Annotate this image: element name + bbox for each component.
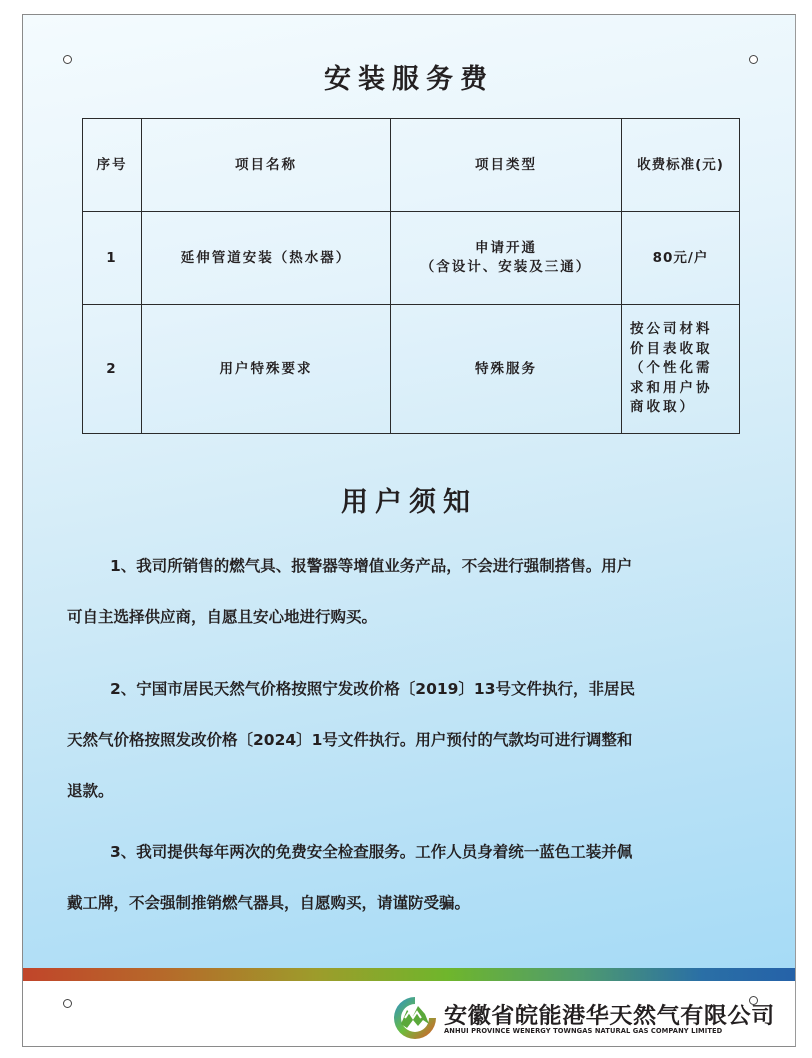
table-row: 1 延伸管道安装（热水器） 申请开通 （含设计、安装及三通） 80元/户 — [83, 212, 740, 305]
table-row: 2 用户特殊要求 特殊服务 按公司材料 价目表收取 （个性化需 求和用户协 商收… — [83, 305, 740, 434]
paragraph-line: 可自主选择供应商，自愿且安心地进行购买。 — [67, 592, 757, 643]
paragraph-line: 2、宁国市居民天然气价格按照宁发改价格〔2019〕13号文件执行，非居民 — [67, 664, 757, 715]
row-name: 用户特殊要求 — [142, 305, 391, 434]
notice-board: 安装服务费 序号 项目名称 项目类型 收费标准(元) 1 延伸管道安装（热水器）… — [22, 14, 796, 1047]
fee-section-title: 安装服务费 — [23, 57, 795, 96]
header-no: 序号 — [83, 119, 142, 212]
row-fee-line: 按公司材料 — [630, 320, 739, 340]
notice-paragraph-3: 3、我司提供每年两次的免费安全检查服务。工作人员身着统一蓝色工装并佩 戴工牌，不… — [67, 827, 757, 929]
row-type-line: 特殊服务 — [391, 360, 621, 379]
row-type: 特殊服务 — [391, 305, 622, 434]
row-type-line: （含设计、安装及三通） — [391, 258, 621, 277]
company-logo-icon — [391, 994, 439, 1042]
header-name: 项目名称 — [142, 119, 391, 212]
paragraph-line: 天然气价格按照发改价格〔2024〕1号文件执行。用户预付的气款均可进行调整和 — [67, 715, 757, 766]
row-fee-line: 80元/户 — [622, 249, 739, 268]
row-name: 延伸管道安装（热水器） — [142, 212, 391, 305]
row-fee-line: 价目表收取 — [630, 340, 739, 360]
table-header-row: 序号 项目名称 项目类型 收费标准(元) — [83, 119, 740, 212]
gradient-color-bar — [23, 968, 795, 981]
row-fee: 按公司材料 价目表收取 （个性化需 求和用户协 商收取） — [622, 305, 740, 434]
row-type: 申请开通 （含设计、安装及三通） — [391, 212, 622, 305]
notice-paragraph-1: 1、我司所销售的燃气具、报警器等增值业务产品，不会进行强制搭售。用户 可自主选择… — [67, 541, 757, 643]
fee-table: 序号 项目名称 项目类型 收费标准(元) 1 延伸管道安装（热水器） 申请开通 … — [82, 118, 740, 434]
row-fee-line: 求和用户协 — [630, 379, 739, 399]
paragraph-line: 戴工牌，不会强制推销燃气器具，自愿购买，请谨防受骗。 — [67, 878, 757, 929]
notice-paragraph-2: 2、宁国市居民天然气价格按照宁发改价格〔2019〕13号文件执行，非居民 天然气… — [67, 664, 757, 817]
row-fee: 80元/户 — [622, 212, 740, 305]
paragraph-line: 1、我司所销售的燃气具、报警器等增值业务产品，不会进行强制搭售。用户 — [67, 541, 757, 592]
row-fee-line: 商收取） — [630, 398, 739, 418]
paragraph-line: 退款。 — [67, 766, 757, 817]
header-type: 项目类型 — [391, 119, 622, 212]
mounting-hole-bottom-left — [63, 999, 72, 1008]
content-panel: 安装服务费 序号 项目名称 项目类型 收费标准(元) 1 延伸管道安装（热水器）… — [23, 15, 795, 968]
row-no: 2 — [83, 305, 142, 434]
row-no: 1 — [83, 212, 142, 305]
footer: 安徽省皖能港华天然气有限公司 ANHUI PROVINCE WENERGY TO… — [23, 981, 795, 1047]
company-name-en: ANHUI PROVINCE WENERGY TOWNGAS NATURAL G… — [444, 1026, 722, 1035]
row-fee-line: （个性化需 — [630, 359, 739, 379]
notice-section-title: 用户须知 — [23, 480, 795, 519]
paragraph-line: 3、我司提供每年两次的免费安全检查服务。工作人员身着统一蓝色工装并佩 — [67, 827, 757, 878]
header-fee: 收费标准(元) — [622, 119, 740, 212]
row-type-line: 申请开通 — [391, 239, 621, 258]
